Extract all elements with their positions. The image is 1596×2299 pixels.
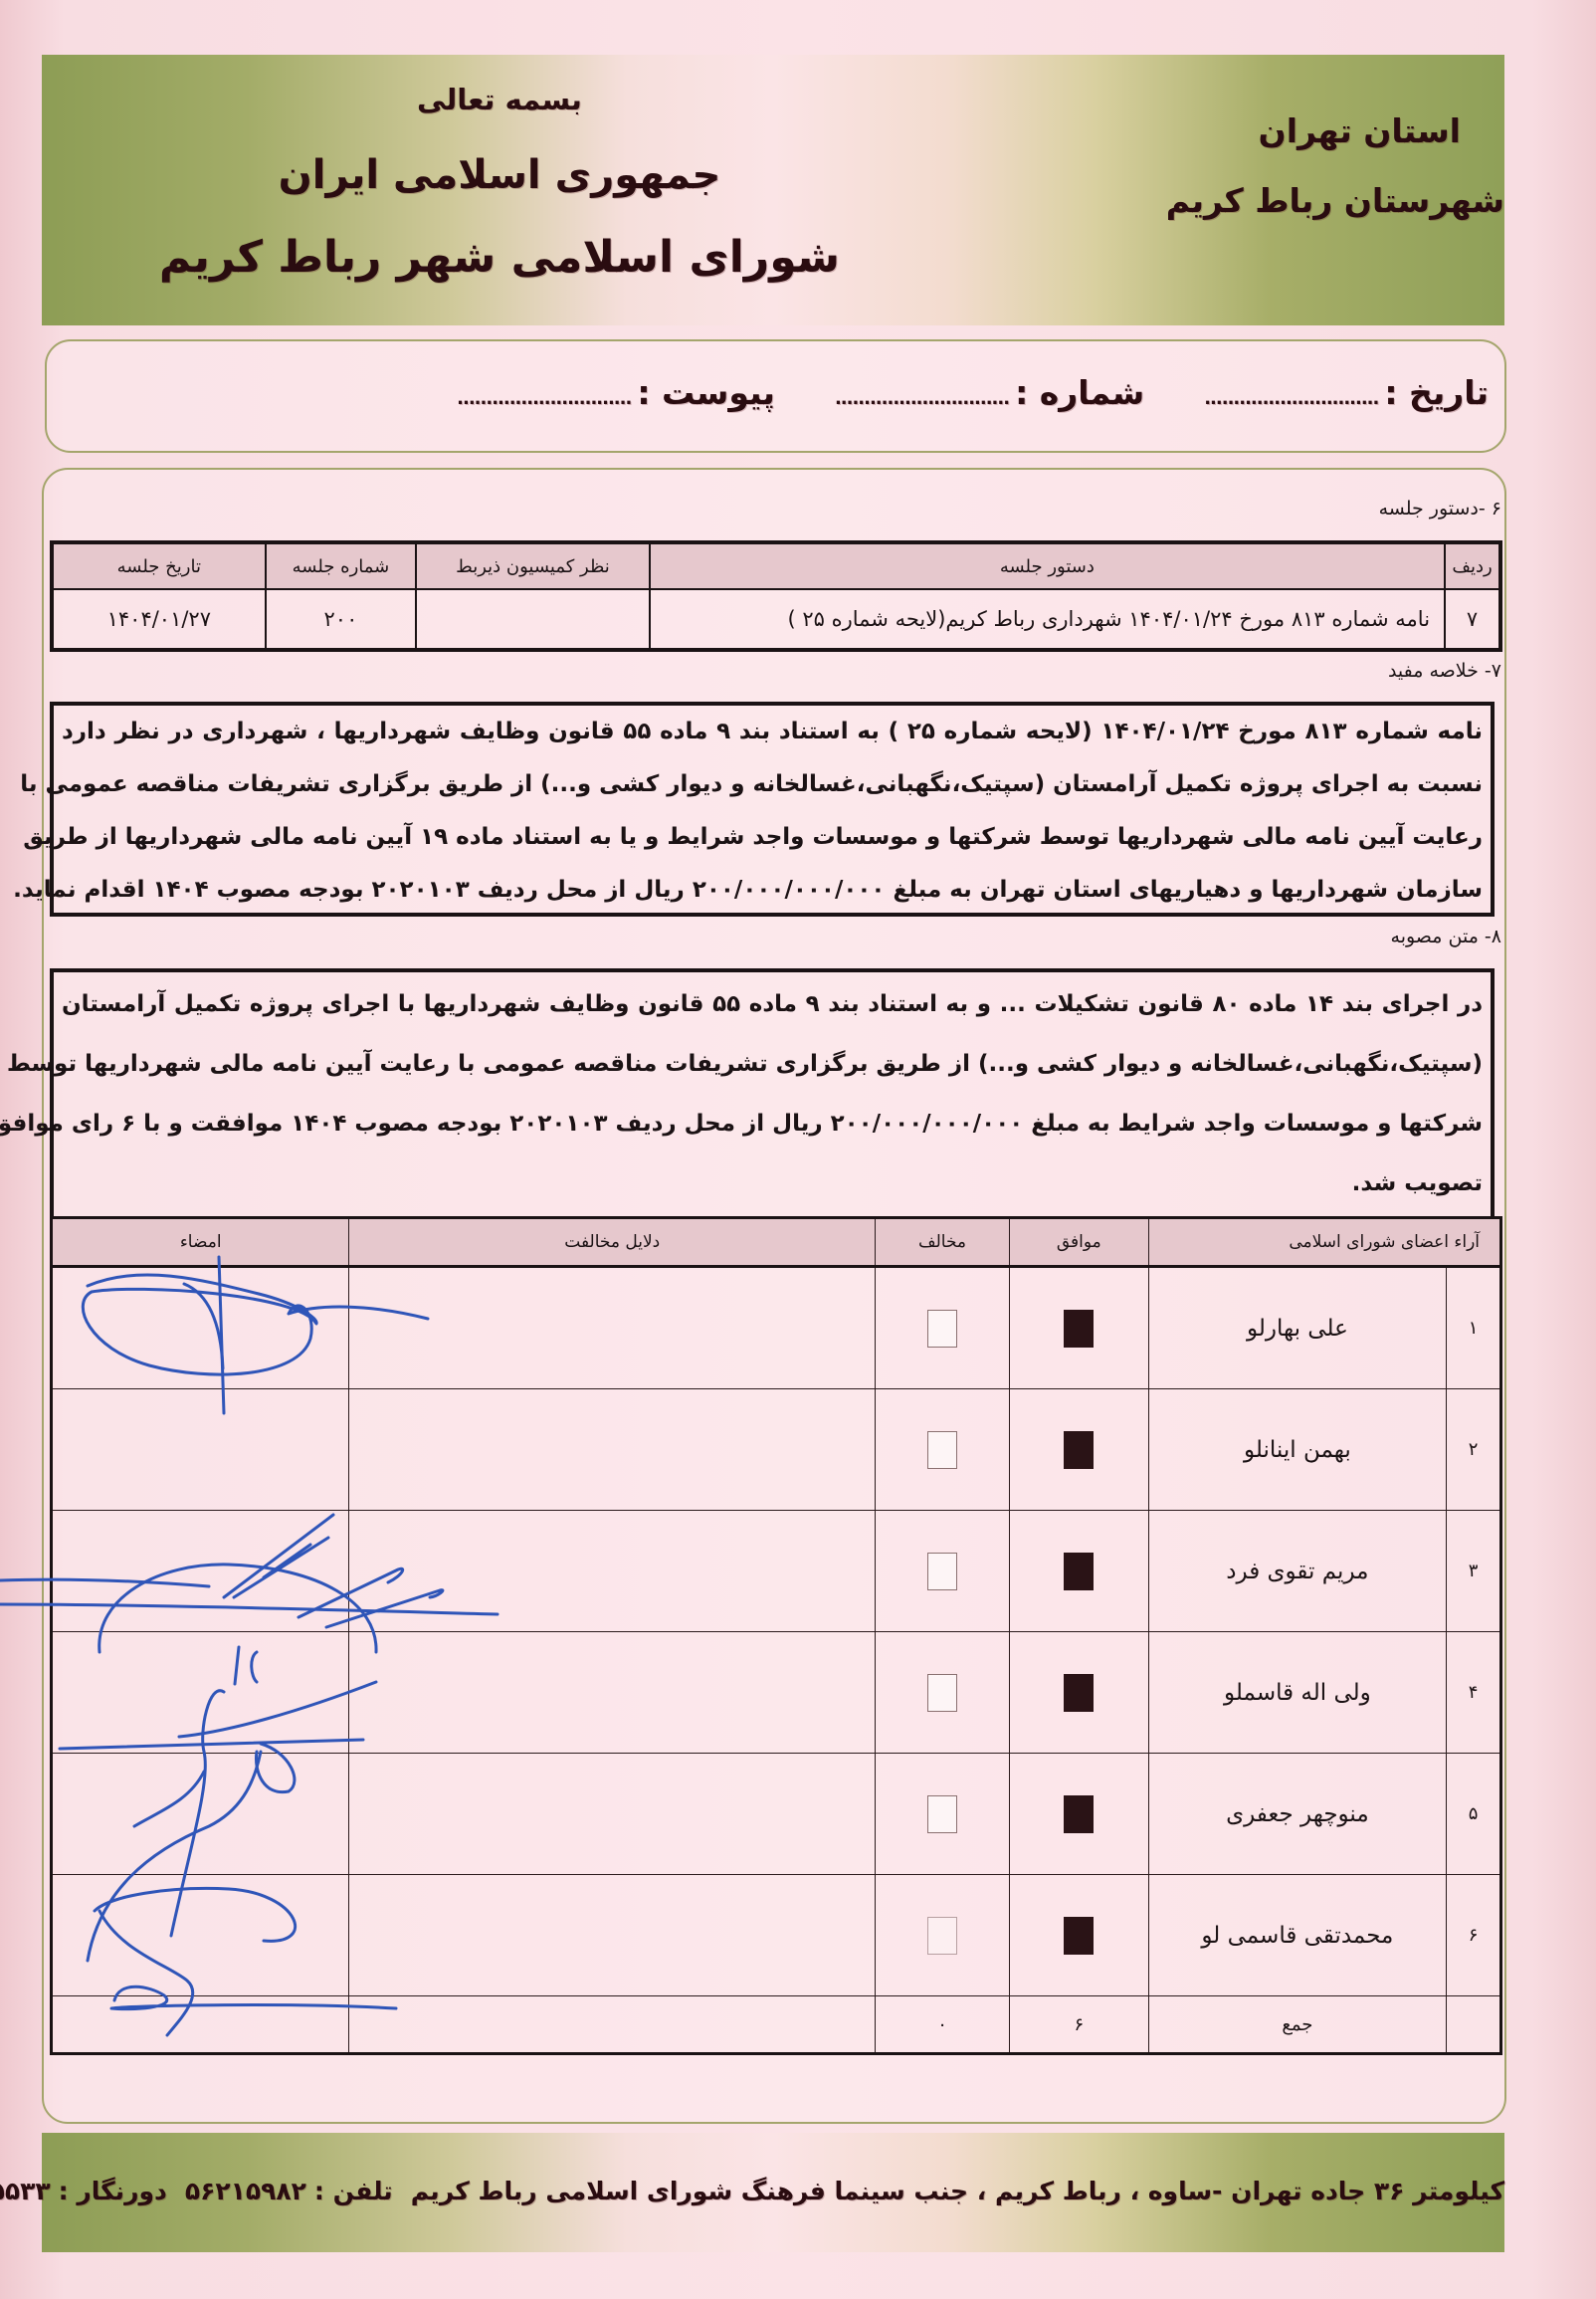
- reason-cell: [349, 1267, 876, 1389]
- country-title: جمهوری اسلامی ایران: [42, 152, 957, 198]
- col-session-date: تاریخ جلسه: [52, 542, 266, 589]
- oppose-cell: [876, 1389, 1010, 1511]
- col-item: دستور جلسه: [650, 542, 1445, 589]
- total-label: جمع: [1148, 1996, 1446, 2054]
- date-label: تاریخ :: [1384, 373, 1489, 412]
- agree-cell: [1009, 1875, 1148, 1996]
- votes-header-row: آراء اعضای شورای اسلامی موافق مخالف دلای…: [52, 1218, 1501, 1267]
- signature-cell: [52, 1267, 349, 1389]
- member-index: ۳: [1447, 1511, 1501, 1632]
- agree-cell: [1009, 1632, 1148, 1754]
- member-index: ۶: [1447, 1875, 1501, 1996]
- total-spacer: [1447, 1996, 1501, 2054]
- col-members: آراء اعضای شورای اسلامی: [1148, 1218, 1500, 1267]
- number-label: شماره :: [1015, 373, 1144, 412]
- col-oppose: مخالف: [876, 1218, 1010, 1267]
- signature-cell: [52, 1754, 349, 1875]
- agree-cell: [1009, 1389, 1148, 1511]
- footer-phone: ۵۶۲۱۵۹۸۲: [185, 2177, 306, 2205]
- member-name: ولی اله قاسملو: [1148, 1632, 1446, 1754]
- agenda-table: ردیف دستور جلسه نظر کمیسیون ذیربط شماره …: [50, 540, 1502, 652]
- reason-cell: [349, 1511, 876, 1632]
- signature-cell: [52, 1511, 349, 1632]
- agree-cell: [1009, 1511, 1148, 1632]
- reason-cell: [349, 1754, 876, 1875]
- approved-line: در اجرای بند ۱۴ ماده ۸۰ قانون تشکیلات ..…: [62, 974, 1483, 1034]
- oppose-checkbox[interactable]: [927, 1310, 957, 1348]
- col-row: ردیف: [1445, 542, 1500, 589]
- signature-cell: [52, 1632, 349, 1754]
- oppose-checkbox[interactable]: [927, 1674, 957, 1712]
- footer-fax-label: دورنگار :: [59, 2177, 167, 2205]
- member-name: بهمن اینانلو: [1148, 1389, 1446, 1511]
- agenda-item: نامه شماره ۸۱۳ مورخ ۱۴۰۴/۰۱/۲۴ شهرداری ر…: [650, 589, 1445, 650]
- footer-contact: کیلومتر ۳۶ جاده تهران -ساوه ، رباط کریم …: [0, 2177, 1504, 2205]
- letter-meta-box: تاریخ : .............................. ش…: [45, 339, 1506, 453]
- vote-row: ۶ محمدتقی قاسمی لو: [52, 1875, 1501, 1996]
- letterhead-band: بسمه تعالی جمهوری اسلامی ایران شورای اسل…: [42, 55, 1504, 325]
- oppose-cell: [876, 1875, 1010, 1996]
- vote-row: ۴ ولی اله قاسملو: [52, 1632, 1501, 1754]
- agenda-row: ۷ نامه شماره ۸۱۳ مورخ ۱۴۰۴/۰۱/۲۴ شهرداری…: [52, 589, 1500, 650]
- province-text: استان تهران: [1259, 111, 1461, 150]
- summary-box: نامه شماره ۸۱۳ مورخ ۱۴۰۴/۰۱/۲۴ (لایحه شم…: [50, 702, 1495, 917]
- summary-line: نامه شماره ۸۱۳ مورخ ۱۴۰۴/۰۱/۲۴ (لایحه شم…: [62, 706, 1483, 758]
- member-name: محمدتقی قاسمی لو: [1148, 1875, 1446, 1996]
- footer-band: کیلومتر ۳۶ جاده تهران -ساوه ، رباط کریم …: [42, 2133, 1504, 2252]
- approved-line: (سپتیک،نگهبانی،غسالخانه و دیوار کشی و...…: [62, 1034, 1483, 1094]
- footer-address: کیلومتر ۳۶ جاده تهران -ساوه ، رباط کریم …: [411, 2177, 1504, 2205]
- summary-section-title: ۷- خلاصه مفید: [1388, 660, 1501, 682]
- agree-checkbox[interactable]: [1064, 1310, 1094, 1348]
- agenda-section-title: ۶ -دستور جلسه: [1379, 498, 1501, 520]
- agenda-row-number: ۷: [1445, 589, 1500, 650]
- col-agree: موافق: [1009, 1218, 1148, 1267]
- oppose-checkbox[interactable]: [927, 1553, 957, 1590]
- agenda-session-number: ۲۰۰: [266, 589, 417, 650]
- member-name: مریم تقوی فرد: [1148, 1511, 1446, 1632]
- vote-row: ۲ بهمن اینانلو: [52, 1389, 1501, 1511]
- date-field[interactable]: ..............................: [1204, 388, 1378, 409]
- approved-text-box: در اجرای بند ۱۴ ماده ۸۰ قانون تشکیلات ..…: [50, 968, 1495, 1219]
- col-signature: امضاء: [52, 1218, 349, 1267]
- oppose-cell: [876, 1511, 1010, 1632]
- oppose-cell: [876, 1267, 1010, 1389]
- attachment-field[interactable]: ..............................: [457, 388, 631, 409]
- summary-line: رعایت آیین نامه مالی شهرداریها توسط شرکت…: [62, 811, 1483, 864]
- agree-checkbox[interactable]: [1064, 1553, 1094, 1590]
- vote-row: ۵ منوچهر جعفری: [52, 1754, 1501, 1875]
- approved-line: تصویب شد.: [62, 1153, 1483, 1213]
- footer-fax: ۵۶۲۱۵۵۳۳: [0, 2177, 51, 2205]
- oppose-checkbox[interactable]: [927, 1795, 957, 1833]
- oppose-cell: [876, 1754, 1010, 1875]
- total-reasons: [349, 1996, 876, 2054]
- approved-section-title: ۸- متن مصوبه: [1391, 926, 1501, 947]
- oppose-cell: [876, 1632, 1010, 1754]
- approved-line: شرکتها و موسسات واجد شرایط به مبلغ ۲۰۰/۰…: [62, 1094, 1483, 1153]
- footer-phone-label: تلفن :: [314, 2177, 393, 2205]
- col-commission: نظر کمیسیون ذیربط: [416, 542, 649, 589]
- agenda-session-date: ۱۴۰۴/۰۱/۲۷: [52, 589, 266, 650]
- reason-cell: [349, 1875, 876, 1996]
- col-reasons: دلایل مخالفت: [349, 1218, 876, 1267]
- agenda-header-row: ردیف دستور جلسه نظر کمیسیون ذیربط شماره …: [52, 542, 1500, 589]
- total-signature: [52, 1996, 349, 2054]
- member-index: ۱: [1447, 1267, 1501, 1389]
- signature-cell: [52, 1875, 349, 1996]
- member-name: منوچهر جعفری: [1148, 1754, 1446, 1875]
- invocation-text: بسمه تعالی: [42, 83, 957, 116]
- summary-line: نسبت به اجرای پروژه تکمیل آرامستان (سپتی…: [62, 758, 1483, 811]
- agenda-commission: [416, 589, 649, 650]
- total-oppose: ۰: [876, 1996, 1010, 2054]
- number-field[interactable]: ..............................: [835, 388, 1009, 409]
- member-index: ۲: [1447, 1389, 1501, 1511]
- oppose-checkbox[interactable]: [927, 1917, 957, 1955]
- agree-checkbox[interactable]: [1064, 1674, 1094, 1712]
- votes-total-row: جمع ۶ ۰: [52, 1996, 1501, 2054]
- agree-checkbox[interactable]: [1064, 1431, 1094, 1469]
- agree-cell: [1009, 1754, 1148, 1875]
- meta-row: تاریخ : .............................. ش…: [457, 373, 1489, 412]
- agree-checkbox[interactable]: [1064, 1917, 1094, 1955]
- summary-line: سازمان شهرداریها و دهیاریهای استان تهران…: [62, 864, 1483, 917]
- agree-cell: [1009, 1267, 1148, 1389]
- votes-table: آراء اعضای شورای اسلامی موافق مخالف دلای…: [50, 1216, 1502, 2055]
- reason-cell: [349, 1632, 876, 1754]
- signature-cell: [52, 1389, 349, 1511]
- oppose-checkbox[interactable]: [927, 1431, 957, 1469]
- agree-checkbox[interactable]: [1064, 1795, 1094, 1833]
- county-text: شهرستان رباط کریم: [1166, 181, 1504, 220]
- total-agree: ۶: [1009, 1996, 1148, 2054]
- attachment-label: پیوست :: [637, 373, 775, 412]
- vote-row: ۳ مریم تقوی فرد: [52, 1511, 1501, 1632]
- member-name: علی بهارلو: [1148, 1267, 1446, 1389]
- council-title: شورای اسلامی شهر رباط کریم: [42, 232, 957, 283]
- vote-row: ۱ علی بهارلو: [52, 1267, 1501, 1389]
- reason-cell: [349, 1389, 876, 1511]
- member-index: ۵: [1447, 1754, 1501, 1875]
- col-session-number: شماره جلسه: [266, 542, 417, 589]
- member-index: ۴: [1447, 1632, 1501, 1754]
